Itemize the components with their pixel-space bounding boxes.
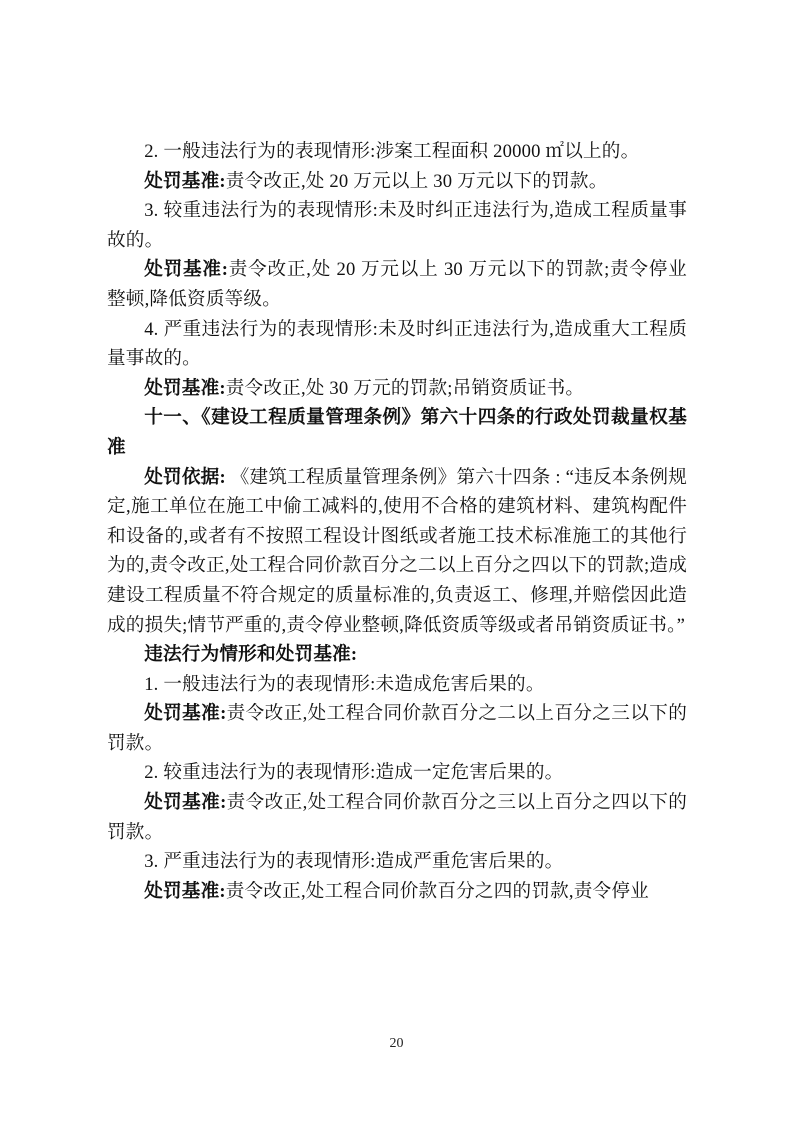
run-text: 3. 严重违法行为的表现情形:造成严重危害后果的。 bbox=[144, 851, 563, 872]
section-11-heading: 十一、《建设工程质量管理条例》第六十四条的行政处罚裁量权基准 bbox=[107, 403, 687, 462]
penalty-standard-4: 处罚基准:责令改正,处工程合同价款百分之二以上百分之三以下的罚款。 bbox=[107, 699, 687, 758]
item-2-serious-situation: 2. 较重违法行为的表现情形:造成一定危害后果的。 bbox=[107, 758, 687, 788]
run-label-bold: 十一、《建设工程质量管理条例》第六十四条的行政处罚裁量权基准 bbox=[107, 407, 687, 458]
penalty-basis-paragraph: 处罚依据: 《建筑工程质量管理条例》第六十四条 : “违反本条例规定,施工单位在… bbox=[107, 463, 687, 641]
run-text: 责令改正,处工程合同价款百分之四的罚款,责令停业 bbox=[226, 881, 649, 902]
run-label-bold: 处罚基准: bbox=[144, 792, 226, 813]
item-4-severe-situation: 4. 严重违法行为的表现情形:未及时纠正违法行为,造成重大工程质量事故的。 bbox=[107, 315, 687, 374]
run-label-bold: 处罚基准: bbox=[144, 881, 226, 902]
run-label-bold: 处罚基准: bbox=[144, 171, 226, 192]
run-label-bold: 处罚基准: bbox=[144, 259, 228, 280]
penalty-standard-2: 处罚基准:责令改正,处 20 万元以上 30 万元以下的罚款;责令停业整顿,降低… bbox=[107, 255, 687, 314]
penalty-standard-3: 处罚基准:责令改正,处 30 万元的罚款;吊销资质证书。 bbox=[107, 374, 687, 404]
run-text: 2. 较重违法行为的表现情形:造成一定危害后果的。 bbox=[144, 762, 563, 783]
run-text: 《建筑工程质量管理条例》第六十四条 : “违反本条例规定,施工单位在施工中偷工减… bbox=[107, 467, 687, 636]
run-label-bold: 处罚基准: bbox=[144, 378, 226, 399]
run-text: 2. 一般违法行为的表现情形:涉案工程面积 20000 ㎡以上的。 bbox=[144, 141, 639, 162]
run-text: 1. 一般违法行为的表现情形:未造成危害后果的。 bbox=[144, 674, 544, 695]
document-body: 2. 一般违法行为的表现情形:涉案工程面积 20000 ㎡以上的。处罚基准:责令… bbox=[107, 137, 687, 906]
run-label-bold: 处罚基准: bbox=[144, 703, 226, 724]
item-3-severe-situation: 3. 严重违法行为的表现情形:造成严重危害后果的。 bbox=[107, 847, 687, 877]
item-2-general-situation: 2. 一般违法行为的表现情形:涉案工程面积 20000 ㎡以上的。 bbox=[107, 137, 687, 167]
item-3-serious-situation: 3. 较重违法行为的表现情形:未及时纠正违法行为,造成工程质量事故的。 bbox=[107, 196, 687, 255]
page-number: 20 bbox=[0, 1036, 793, 1052]
run-label-bold: 违法行为情形和处罚基准: bbox=[144, 644, 357, 665]
document-page: 2. 一般违法行为的表现情形:涉案工程面积 20000 ㎡以上的。处罚基准:责令… bbox=[0, 0, 793, 1122]
penalty-standard-1: 处罚基准:责令改正,处 20 万元以上 30 万元以下的罚款。 bbox=[107, 167, 687, 197]
run-text: 4. 严重违法行为的表现情形:未及时纠正违法行为,造成重大工程质量事故的。 bbox=[107, 319, 687, 370]
run-text: 3. 较重违法行为的表现情形:未及时纠正违法行为,造成工程质量事故的。 bbox=[107, 200, 687, 251]
violation-situations-heading: 违法行为情形和处罚基准: bbox=[107, 640, 687, 670]
penalty-standard-6: 处罚基准:责令改正,处工程合同价款百分之四的罚款,责令停业 bbox=[107, 877, 687, 907]
item-1-general-situation: 1. 一般违法行为的表现情形:未造成危害后果的。 bbox=[107, 670, 687, 700]
run-text: 责令改正,处 30 万元的罚款;吊销资质证书。 bbox=[226, 378, 584, 399]
penalty-standard-5: 处罚基准:责令改正,处工程合同价款百分之三以上百分之四以下的罚款。 bbox=[107, 788, 687, 847]
run-text: 责令改正,处 20 万元以上 30 万元以下的罚款。 bbox=[226, 171, 608, 192]
run-label-bold: 处罚依据: bbox=[144, 467, 226, 488]
